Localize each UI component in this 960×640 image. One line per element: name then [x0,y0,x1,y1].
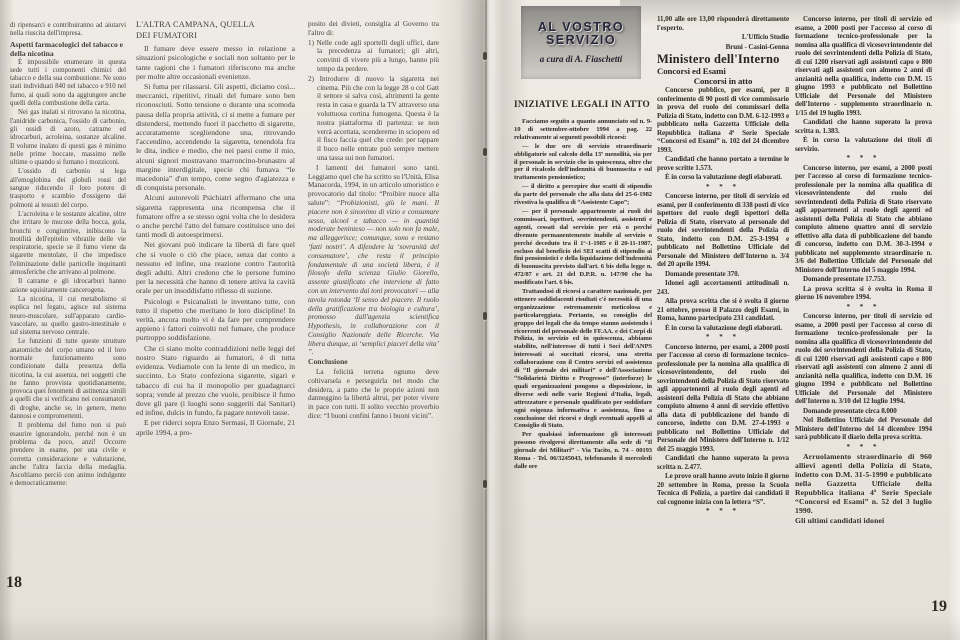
paragraph: Si fuma per rilassarsi. Gli aspetti, dic… [136,82,295,192]
section-separator: * * * [657,333,789,342]
paragraph: posito dei divieti, consiglia al Governo… [308,20,439,38]
paragraph: Alcuni autorevoli Psichiatri affermano c… [136,193,295,239]
paragraph: La prova scritta si è svolta in Roma il … [795,285,932,302]
paragraph: Trattandosi di ricorsi a carattere nazio… [514,288,652,430]
magazine-spread: di ripensarci e contribuiranno ad aiutar… [0,0,960,640]
paragraph: La nicotina, il cui metabolismo si espli… [10,296,126,337]
paragraph: Candidati che hanno superato la prova sc… [795,118,932,135]
right-page-column-1: Facciamo seguito a quanto annunciato sul… [514,118,652,634]
paragraph: Il fumare deve essere messo in relazione… [136,44,295,81]
right-page-edge-highlight [948,0,960,640]
paragraph: Candidati che hanno superato la prova sc… [657,454,789,471]
paragraph: L'ossido di carbonio si lega all'emoglob… [10,168,126,209]
left-page-column-1: di ripensarci e contribuiranno ad aiutar… [10,22,126,572]
section-separator: * * * [795,443,932,452]
signature-line: Bruni - Casini-Genna [657,43,789,52]
paragraph: È in corso la valutazione degli elaborat… [657,324,789,333]
section-separator: * * * [795,303,932,312]
article-heading-fumatori-line2: DEI FUMATORI [136,31,295,41]
left-page-column-2: L'ALTRA CAMPANA, QUELLA DEI FUMATORI Il … [136,20,295,626]
paragraph: Concorso interno, per titoli di servizio… [795,15,932,117]
heading-concorsi-in-atto: Concorsi in atto [657,77,789,86]
paragraph: — le due ore di servizio straordinarie o… [514,143,652,183]
section-separator: * * * [657,507,789,516]
paragraph: — il diritto a percepire due scatti di s… [514,183,652,207]
service-box-title-line2: SERVIZIO [546,34,616,47]
paragraph: Concorso interno, per titoli di servizio… [795,312,932,406]
paragraph: Candidati che hanno portato a termine le… [657,155,789,172]
paragraph: La felicità terrena ognuno deve coltivar… [308,368,439,421]
binding-stitch [483,480,487,488]
paragraph: È impossibile enumerare in questa sede t… [10,59,126,109]
paragraph: Il catrame e gli idrocarburi hanno azion… [10,278,126,295]
signature-line: L'Ufficio Studio [657,33,789,42]
list-item: 2) Introdurre di nuovo la sigaretta nei … [308,75,439,163]
paragraph: Gli ultimi candidati idonei [795,516,932,525]
paragraph: È in corso la valutazione degli elaborat… [657,173,789,182]
paragraph: Domande presentate 17.753. [795,275,932,284]
service-box: AL VOSTRO SERVIZIO a cura di A. Fiaschet… [521,6,641,79]
paragraph: Concorso interno, per esami, a 2000 post… [657,343,789,454]
paragraph: Nel Bollettino Ufficiale del Personale d… [795,416,932,442]
spine-line [485,0,487,640]
section-heading-conclusione: Conclusione [308,358,439,367]
quote-text: “Probizionisti, giù le mani. Il piacere … [308,199,439,357]
left-page-column-3: posito dei divieti, consiglia al Governo… [308,20,439,622]
service-box-byline: a cura di A. Fiaschetti [540,54,622,64]
section-separator: * * * [657,183,789,192]
heading-ministero-interno: Ministero dell'Interno [657,52,789,66]
section-heading-tabacco: Aspetti farmacologici del tabacco e dell… [10,40,126,58]
paragraph: Per qualsiasi informazione gli interessa… [514,431,652,471]
paragraph: Nei gas inalati si ritrovano la nicotina… [10,109,126,167]
list-item: 1) Nelle code agli sportelli degli uffic… [308,39,439,74]
paragraph: L'acroleina e le sostanze alcaline, oltr… [10,211,126,277]
section-heading-iniziative: INIZIATIVE LEGALI IN ATTO [514,100,654,110]
paragraph: I lamenti dei fumatori sono tanti. Leggi… [308,164,439,358]
article-heading-fumatori: L'ALTRA CAMPANA, QUELLA [136,20,295,30]
paragraph: Concorso interno, per titoli di servizio… [657,192,789,269]
binding-stitch [483,52,487,60]
heading-concorsi-ed-esami: Concorsi ed Esami [657,67,789,76]
paragraph-arruolamento: Arruolamento straordinario di 960 alliev… [795,452,932,515]
paragraph: Psicologi e Psicanalisti le inventano tu… [136,297,295,343]
paragraph: Facciamo seguito a quanto annunciato sul… [514,118,652,142]
paragraph: Le funzioni di tutte queste strutture an… [10,338,126,421]
paragraph: Alla prova scritta che si è svolta il gi… [657,297,789,323]
right-page-column-2: 11,00 alle ore 13,00 risponderà direttam… [657,15,789,633]
right-page-column-3: Concorso interno, per titoli di servizio… [795,15,932,611]
paragraph: Domande presentate 370. [657,270,789,279]
paragraph: Il problema del fumo non si può esaurire… [10,422,126,488]
paragraph: E per riderci sopra Enzo Sermasi, Il Gio… [136,418,295,436]
binding-stitch [483,148,487,156]
page-number-18: 18 [6,574,22,592]
paragraph: di ripensarci e contribuiranno ad aiutar… [10,22,126,39]
paragraph: È in corso la valutazione dei titoli di … [795,136,932,153]
paragraph: Idonei agli accertamenti attitudinali n.… [657,279,789,296]
section-separator: * * * [795,154,932,163]
paragraph: Concorso interno, per esami, a 2000 post… [795,164,932,275]
paragraph: Le prove orali hanno avuto inizio il gio… [657,472,789,506]
binding-stitch [483,312,487,320]
paragraph: 11,00 alle ore 13,00 risponderà direttam… [657,15,789,32]
paragraph: Nei giovani può indicare la libertà di f… [136,240,295,295]
page-number-19: 19 [931,598,947,616]
paragraph: Che ci siano molte contraddizioni nelle … [136,344,295,418]
paragraph: Concorso pubblico, per esami, per il con… [657,86,789,154]
paragraph: — per il personale appartenente ai ruoli… [514,208,652,287]
paragraph: Domande presentate circa 8.000 [795,407,932,416]
